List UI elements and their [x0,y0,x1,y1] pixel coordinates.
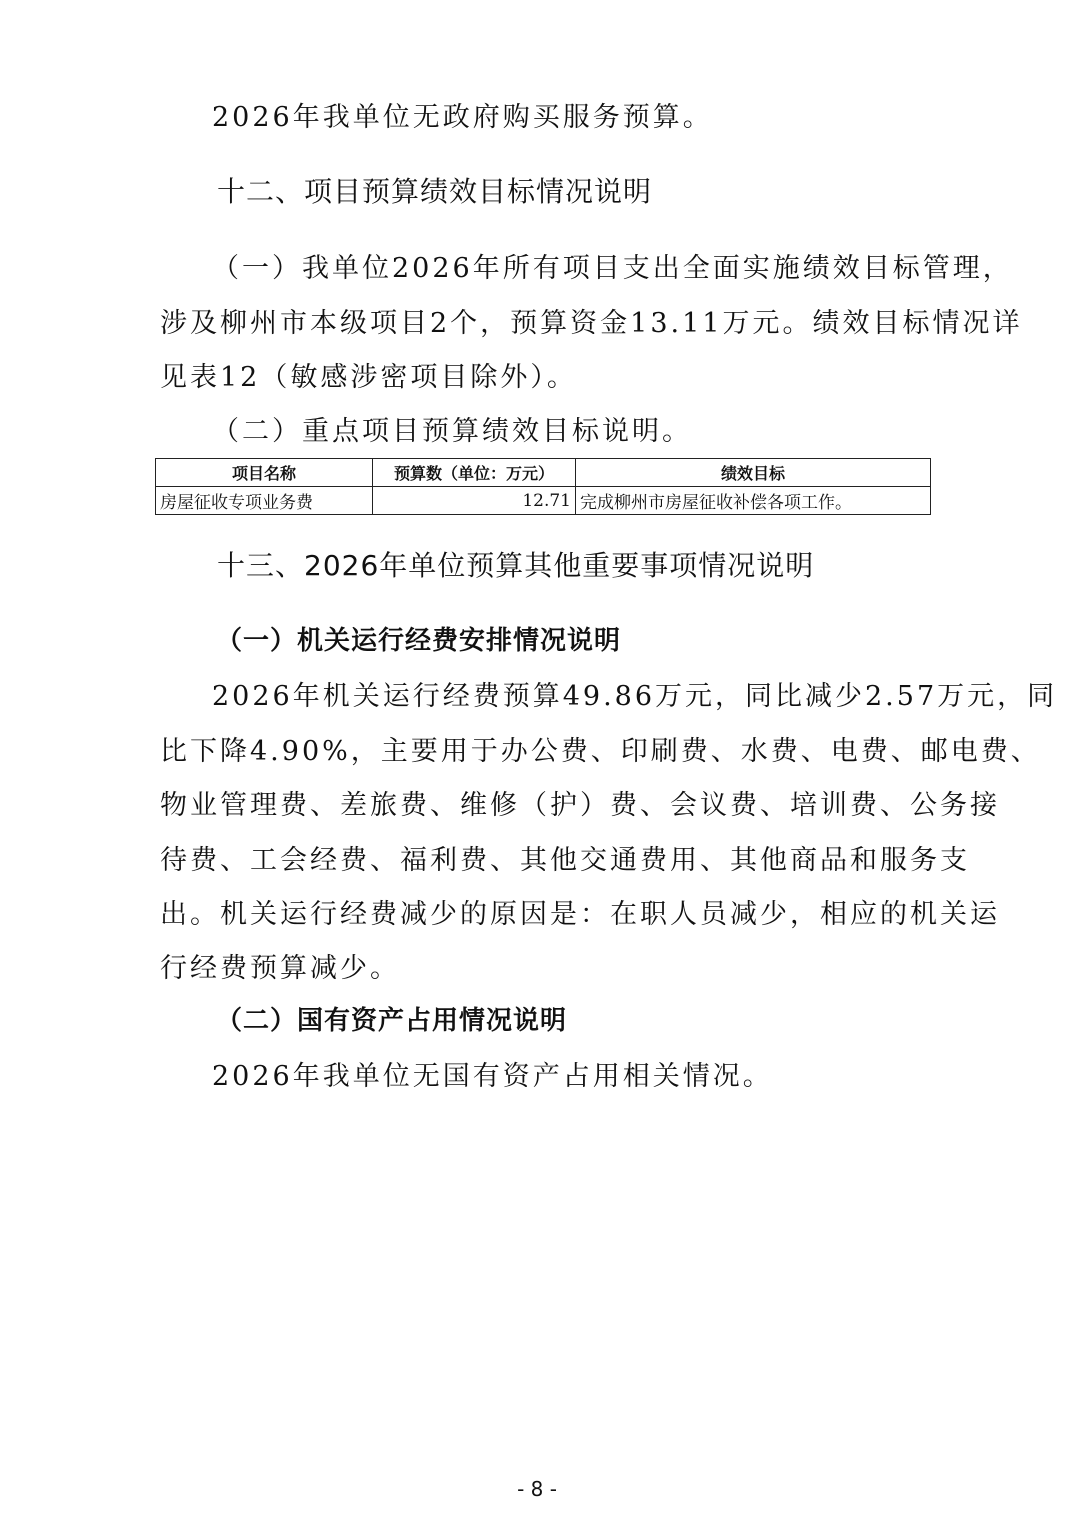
paragraph-13-1-line-1: 2026年机关运行经费预算49.86万元，同比减少2.57万元，同 [212,681,982,713]
paragraph-13-1-line-6: 行经费预算减少。 [160,953,930,985]
page-number: - 8 - [0,1477,1074,1501]
section-13-heading: 十三、2026年单位预算其他重要事项情况说明 [217,549,814,583]
paragraph-no-government-purchase: 2026年我单位无政府购买服务预算。 [212,102,982,134]
cell-performance-goal: 完成柳州市房屋征收补偿各项工作。 [576,487,931,515]
section-12-heading: 十二、项目预算绩效目标情况说明 [217,175,652,209]
paragraph-13-1-line-3: 物业管理费、差旅费、维修（护）费、会议费、培训费、公务接 [160,790,930,822]
paragraph-12-1-line-2: 涉及柳州市本级项目2个，预算资金13.11万元。绩效目标情况详 [160,308,930,340]
paragraph-12-2: （二）重点项目预算绩效目标说明。 [212,416,982,448]
paragraph-12-1-line-3: 见表12（敏感涉密项目除外）。 [160,362,930,394]
paragraph-13-1-line-4: 待费、工会经费、福利费、其他交通费用、其他商品和服务支 [160,845,930,877]
paragraph-12-1-line-1: （一）我单位2026年所有项目支出全面实施绩效目标管理， [212,253,982,285]
performance-goals-table: 项目名称 预算数（单位：万元） 绩效目标 房屋征收专项业务费 12.71 完成柳… [155,458,931,515]
paragraph-13-1-line-5: 出。机关运行经费减少的原因是：在职人员减少，相应的机关运 [160,899,930,931]
table-row: 房屋征收专项业务费 12.71 完成柳州市房屋征收补偿各项工作。 [156,487,931,515]
paragraph-13-2: 2026年我单位无国有资产占用相关情况。 [212,1061,982,1093]
table-header-row: 项目名称 预算数（单位：万元） 绩效目标 [156,459,931,487]
header-performance-goal: 绩效目标 [576,459,931,487]
header-project-name: 项目名称 [156,459,373,487]
cell-budget-amount: 12.71 [373,487,576,515]
cell-project-name: 房屋征收专项业务费 [156,487,373,515]
header-budget-amount: 预算数（单位：万元） [373,459,576,487]
subsection-13-1-heading: （一）机关运行经费安排情况说明 [216,625,621,657]
document-page: 2026年我单位无政府购买服务预算。 十二、项目预算绩效目标情况说明 （一）我单… [0,0,1074,1520]
subsection-13-2-heading: （二）国有资产占用情况说明 [216,1005,567,1037]
paragraph-13-1-line-2: 比下降4.90%，主要用于办公费、印刷费、水费、电费、邮电费、 [160,736,930,768]
